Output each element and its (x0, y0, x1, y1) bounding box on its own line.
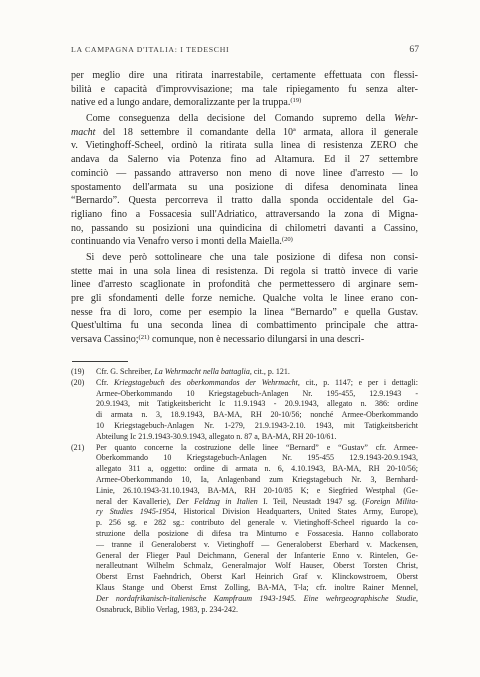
body-line: continuando via Venafro verso i monti de… (71, 235, 418, 249)
footnote-line: Per quanto concerne la costruzione delle… (96, 443, 418, 454)
body-line: Quest'ultima fu una seconda linea di com… (71, 319, 418, 333)
footnote-line: 20.9.1943, mit Tatigkeitsbericht Ic 11.9… (96, 399, 418, 410)
paragraph: Si deve però sottolineare che una tale p… (71, 251, 418, 347)
footnote-line: neralleutnant Wilhelm Schmalz, Generalma… (96, 561, 418, 572)
footnote-reference: (19) (290, 97, 301, 104)
body-line: versava Cassino;(21) comunque, non è nec… (71, 333, 418, 347)
running-title: LA CAMPAGNA D'ITALIA: I TEDESCHI (71, 45, 229, 54)
body-line: spostamento dell'armata su una posizione… (71, 181, 418, 195)
footnote-line: Cfr. Kriegstagebuch des oberkommandos de… (96, 378, 418, 389)
body-line: macht del 18 settembre il comandante del… (71, 126, 418, 140)
footnote-line: Osnabruck, Biblio Verlag, 1983, p. 234-2… (96, 605, 418, 616)
footnote-line: Oberst Ernst Faehndrich, Oberst Karl Hei… (96, 572, 418, 583)
footnote-line: General der Flieger Paul Deichmann, Gene… (96, 551, 418, 562)
body-line: stette mai in una sola linea di resisten… (71, 265, 418, 279)
footnote-line: Abteilung Ic 21.9.1943-30.9.1943, allega… (96, 432, 418, 443)
body-line: Come conseguenza della decisione del Com… (71, 112, 418, 126)
paragraph: per meglio dire una ritirata inarrestabi… (71, 69, 418, 110)
running-header: LA CAMPAGNA D'ITALIA: I TEDESCHI 67 (71, 44, 419, 55)
footnote-line: Oberkommando 10 Kriegstagebuch-Anlagen N… (96, 453, 418, 464)
paragraph: Come conseguenza della decisione del Com… (71, 112, 418, 249)
footnote-line: neral der Kavallerie), Der Feldzug in It… (96, 497, 418, 508)
body-line: “Bernardo”. Questa percorreva il tratto … (71, 194, 418, 208)
body-line: no, passando su posizioni una quindicina… (71, 222, 418, 236)
footnote-marker: (20) (71, 378, 96, 389)
body-line: cominciò — passando attraverso non meno … (71, 167, 418, 181)
body-line: pre gli sfondamenti delle forze nemiche.… (71, 292, 418, 306)
body-line: per meglio dire una ritirata inarrestabi… (71, 69, 418, 83)
footnote-marker: (21) (71, 443, 96, 454)
footnote-marker: (19) (71, 367, 96, 378)
body-line: andava da Salerno via Potenza fino ad Al… (71, 153, 418, 167)
body-line: Si deve però sottolineare che una tale p… (71, 251, 418, 265)
footnote-line: Cfr. G. Schreiber, La Wehrmacht nella ba… (96, 367, 418, 378)
footnote-line: Armee-Oberkommando 10, Ia, Anlagenband z… (96, 475, 418, 486)
footnote: (20)Cfr. Kriegstagebuch des oberkommando… (71, 378, 418, 443)
body-line: native ed a lungo andare, demoralizzante… (71, 96, 418, 110)
body-line: rigliano fino a Fossacesia sull'Adriatic… (71, 208, 418, 222)
footnote-reference: (21) (139, 334, 150, 341)
page-number: 67 (409, 44, 419, 55)
footnote-line: p. 256 sg. e 282 sg.: contributo del gen… (96, 518, 418, 529)
footnote-line: Der nordafrikanisch-italienische Kampfra… (96, 594, 418, 605)
footnote-line: ry Studies 1945-1954, Historical Divisio… (96, 507, 418, 518)
footnote-reference: (20) (282, 236, 293, 243)
footnote-line: — tranne il Generaloberst v. Vietinghoff… (96, 540, 418, 551)
footnote-line: Linie, 26.10.1943-31.10.1943, BA-MA, RH … (96, 486, 418, 497)
footnote-line: allegato 311 a, oggetto: ordine di armat… (96, 464, 418, 475)
body-line: nesse fra di loro, come per esempio la l… (71, 306, 418, 320)
footnote: (21)Per quanto concerne la costruzione d… (71, 443, 418, 616)
footnote-separator (72, 361, 128, 362)
footnote-line: 10 Kriegstagebuch-Anlagen Nr. 1-279, 21.… (96, 421, 418, 432)
body-line: bilità e capacità d'improvvisazione; ma … (71, 83, 418, 97)
footnote: (19)Cfr. G. Schreiber, La Wehrmacht nell… (71, 367, 418, 378)
book-page: LA CAMPAGNA D'ITALIA: I TEDESCHI 67 per … (0, 0, 480, 677)
body-line: linee d'arresto scaglionate in profondit… (71, 278, 418, 292)
footnote-line: struzione della posizione di difesa tra … (96, 529, 418, 540)
footnote-line: Klaus Stange und Oberst Ernst Zolling, B… (96, 583, 418, 594)
body-text: per meglio dire una ritirata inarrestabi… (71, 69, 418, 347)
footnotes: (19)Cfr. G. Schreiber, La Wehrmacht nell… (71, 367, 418, 615)
footnote-text: Per quanto concerne la costruzione delle… (96, 443, 418, 616)
footnote-text: Cfr. Kriegstagebuch des oberkommandos de… (96, 378, 418, 443)
footnote-text: Cfr. G. Schreiber, La Wehrmacht nella ba… (96, 367, 418, 378)
footnote-line: di armata n. 3, 18.9.1943, BA-MA, RH 20-… (96, 410, 418, 421)
body-line: v. Vietinghoff-Scheel, ordinò la ritirat… (71, 139, 418, 153)
footnote-line: Armee-Oberkommando 10 Kriegstagebuch-Anl… (96, 389, 418, 400)
